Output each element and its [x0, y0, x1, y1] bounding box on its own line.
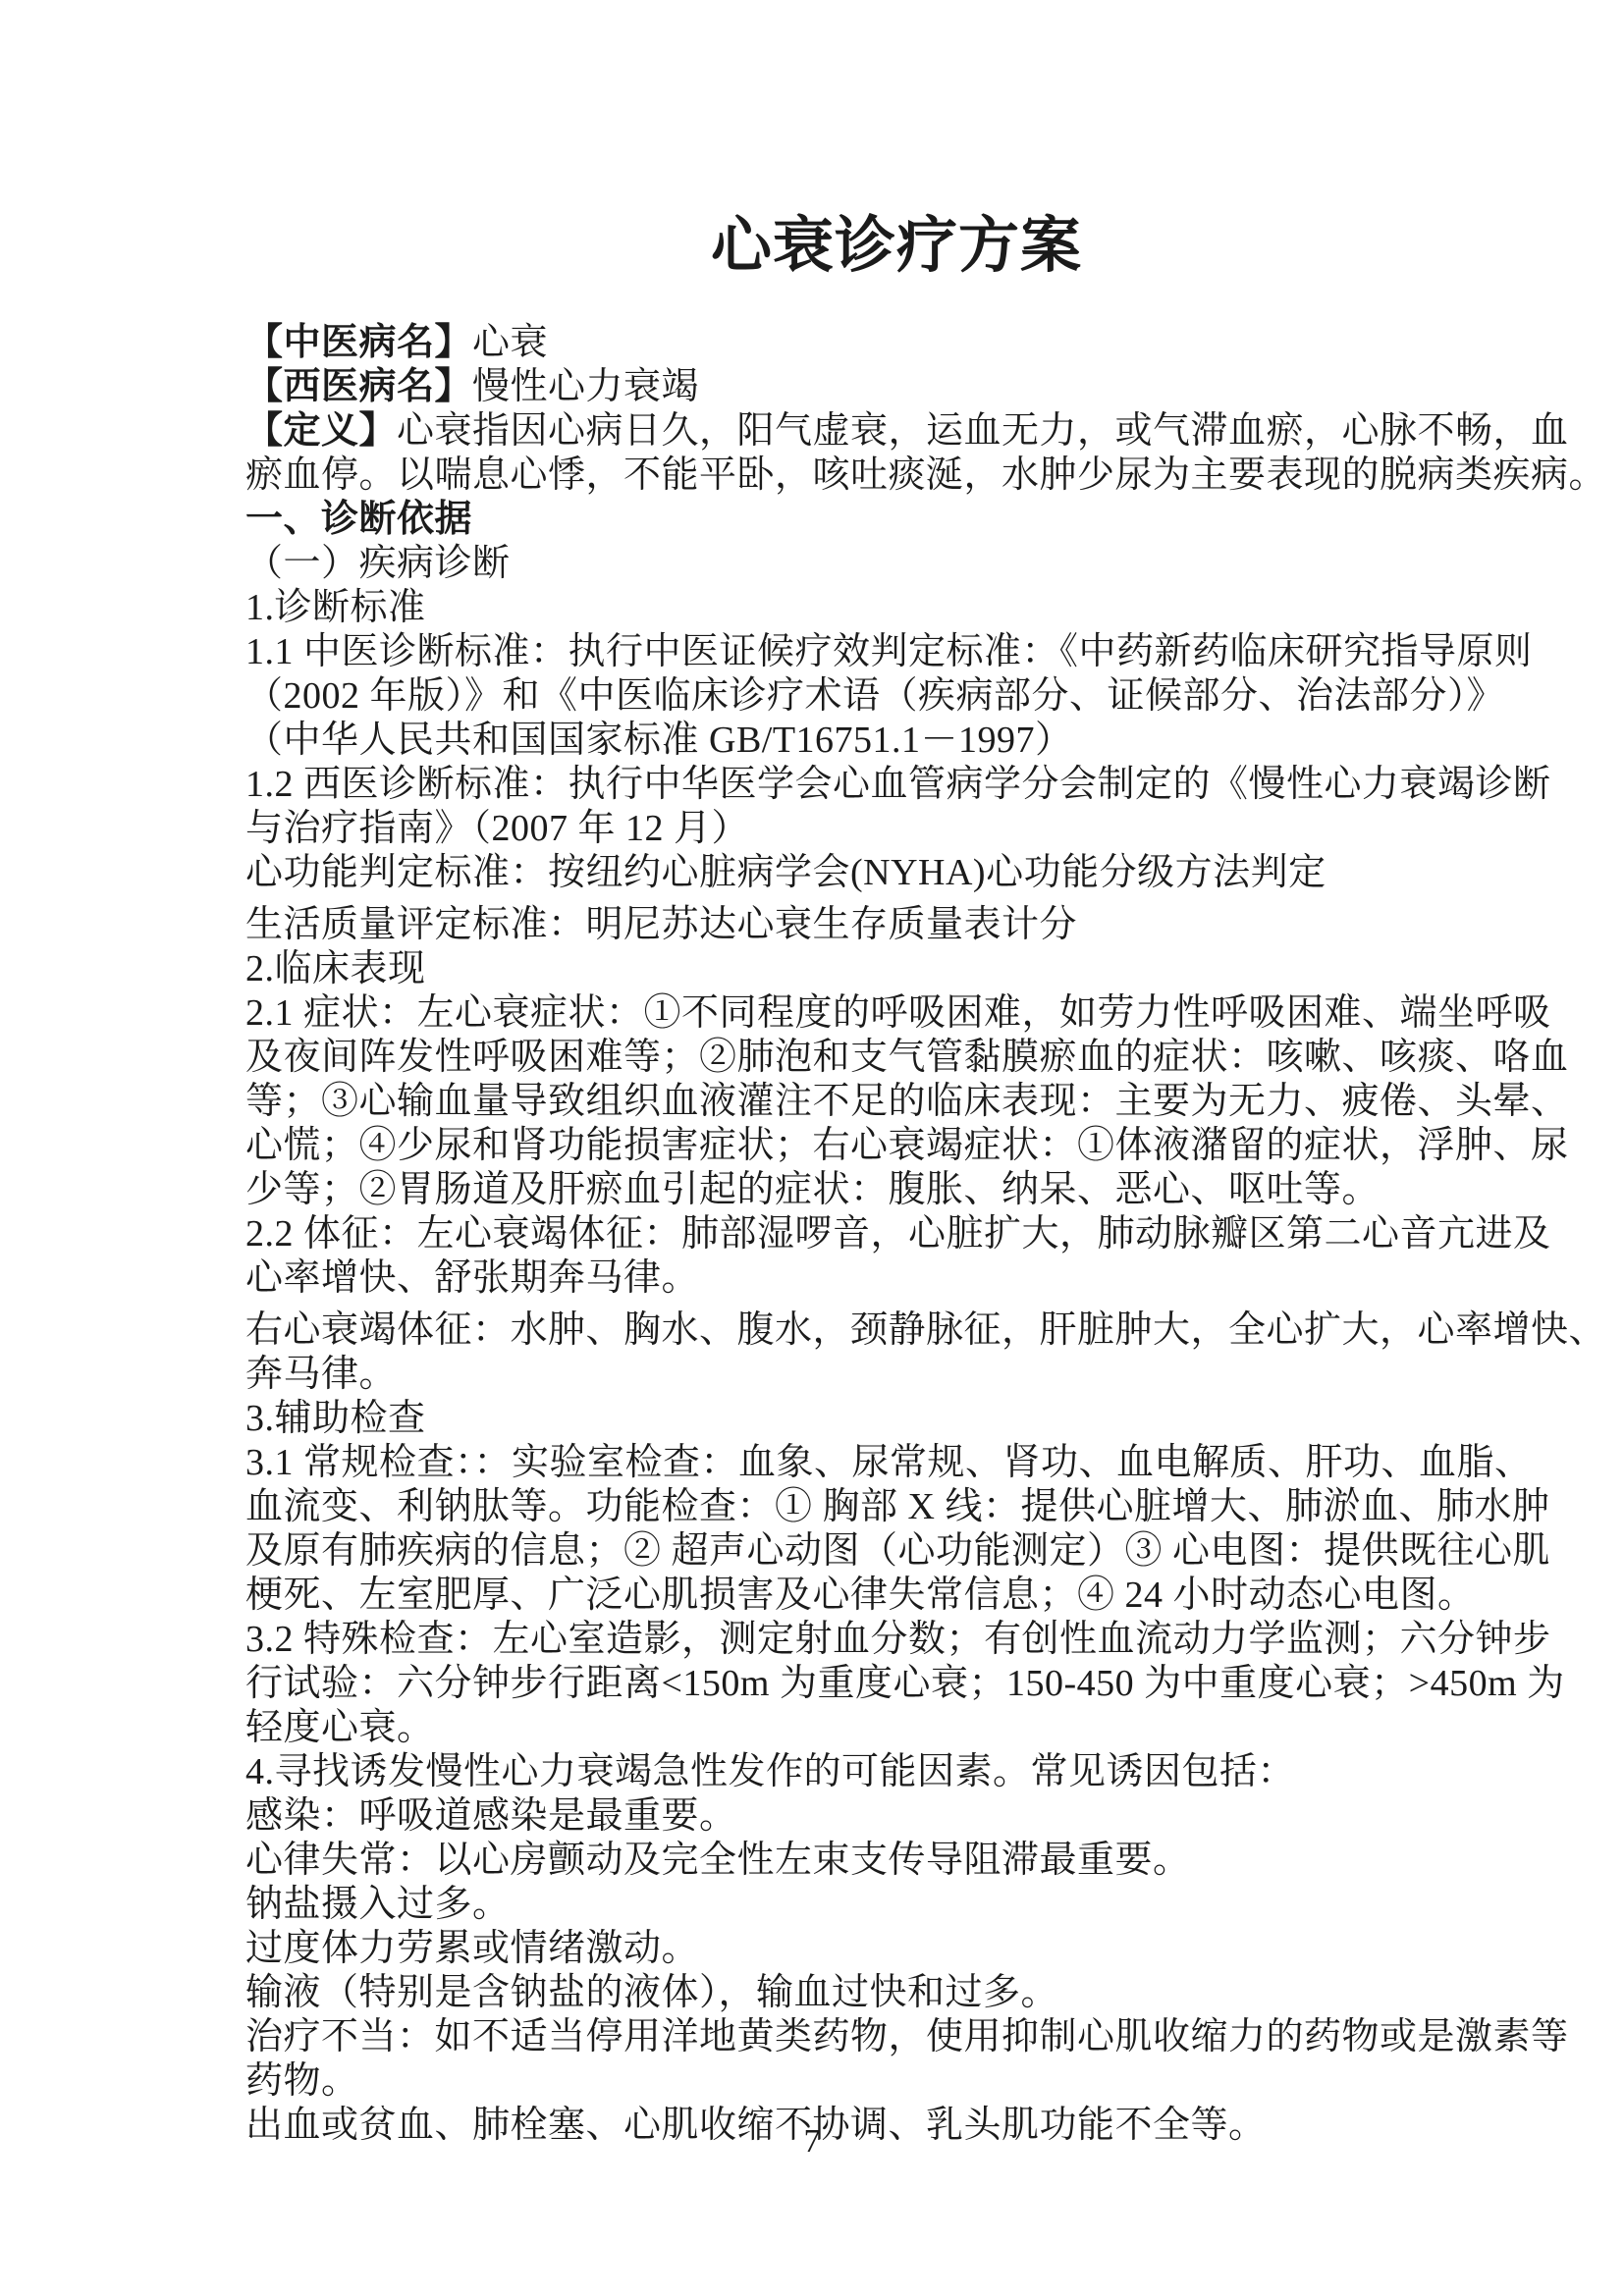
text-line: 等；③心输血量导致组织血液灌注不足的临床表现：主要为无力、疲倦、头晕、: [245, 1080, 1389, 1124]
line-text: 奔马律。: [245, 1354, 397, 1395]
text-line: 及原有肺疾病的信息；② 超声心动图（心功能测定）③ 心电图：提供既往心肌: [245, 1529, 1389, 1574]
line-text: 轻度心衰。: [245, 1707, 435, 1748]
line-text: 行试验：六分钟步行距离<150m 为重度心衰；150-450 为中重度心衰；>4…: [245, 1663, 1565, 1704]
text-line: 4.寻找诱发慢性心力衰竭急性发作的可能因素。常见诱因包括：: [245, 1750, 1389, 1794]
line-text: 1.诊断标准: [245, 587, 426, 628]
line-text: 过度体力劳累或情绪激动。: [245, 1928, 699, 1969]
text-line: 血流变、利钠肽等。功能检查：① 胸部 X 线：提供心脏增大、肺淤血、肺水肿: [245, 1485, 1389, 1529]
text-line: 一、诊断依据: [245, 498, 1389, 542]
line-text: 血流变、利钠肽等。功能检查：① 胸部 X 线：提供心脏增大、肺淤血、肺水肿: [245, 1486, 1549, 1527]
line-text: 输液（特别是含钠盐的液体），输血过快和过多。: [245, 1972, 1058, 2013]
line-text: 钠盐摄入过多。: [245, 1884, 511, 1925]
field-label: 【定义】: [245, 410, 397, 452]
text-line: 瘀血停。以喘息心悸，不能平卧，咳吐痰涎，水肿少尿为主要表现的脱病类疾病。: [245, 454, 1389, 498]
line-text: 梗死、左室肥厚、广泛心肌损害及心律失常信息；④ 24 小时动态心电图。: [245, 1575, 1476, 1616]
line-text: 1.2 西医诊断标准：执行中华医学会心血管病学分会制定的《慢性心力衰竭诊断: [245, 764, 1551, 805]
line-text: 治疗不当：如不适当停用洋地黄类药物，使用抑制心肌收缩力的药物或是激素等: [245, 2016, 1569, 2057]
document-page: 心衰诊疗方案 【中医病名】心衰【西医病名】慢性心力衰竭【定义】心衰指因心病日久，…: [0, 0, 1624, 2296]
line-text: 3.辅助检查: [245, 1398, 426, 1439]
text-line: （一）疾病诊断: [245, 542, 1389, 586]
line-text: 慢性心力衰竭: [472, 366, 699, 407]
line-text: 一、诊断依据: [245, 499, 472, 540]
line-text: 右心衰竭体征：水肿、胸水、腹水，颈静脉征，肝脏肿大，全心扩大，心率增快、: [245, 1309, 1606, 1351]
line-text: 4.寻找诱发慢性心力衰竭急性发作的可能因素。常见诱因包括：: [245, 1751, 1295, 1792]
document-title: 心衰诊疗方案: [84, 196, 1624, 284]
line-text: 心慌；④少尿和肾功能损害症状；右心衰竭症状：①体液潴留的症状，浮肿、尿: [245, 1125, 1569, 1166]
text-line: 2.临床表现: [245, 947, 1389, 991]
line-text: 心衰: [472, 322, 548, 363]
line-text: （中华人民共和国国家标准 GB/T16751.1－1997）: [245, 720, 1073, 761]
line-text: 及夜间阵发性呼吸困难等；②肺泡和支气管黏膜瘀血的症状：咳嗽、咳痰、咯血: [245, 1037, 1569, 1078]
text-line: 心慌；④少尿和肾功能损害症状；右心衰竭症状：①体液潴留的症状，浮肿、尿: [245, 1124, 1389, 1168]
text-line: 与治疗指南》（2007 年 12 月）: [245, 807, 1389, 851]
text-line: 少等；②胃肠道及肝瘀血引起的症状：腹胀、纳呆、恶心、呕吐等。: [245, 1168, 1389, 1212]
text-line: 及夜间阵发性呼吸困难等；②肺泡和支气管黏膜瘀血的症状：咳嗽、咳痰、咯血: [245, 1036, 1389, 1080]
text-line: 奔马律。: [245, 1353, 1389, 1397]
line-text: 心律失常：以心房颤动及完全性左束支传导阻滞最重要。: [245, 1840, 1191, 1881]
line-text: 3.1 常规检查：：实验室检查：血象、尿常规、肾功、血电解质、肝功、血脂、: [245, 1442, 1533, 1483]
text-line: 治疗不当：如不适当停用洋地黄类药物，使用抑制心肌收缩力的药物或是激素等: [245, 2015, 1389, 2059]
line-text: 3.2 特殊检查：左心室造影，测定射血分数；有创性血流动力学监测；六分钟步: [245, 1619, 1551, 1660]
text-line: 行试验：六分钟步行距离<150m 为重度心衰；150-450 为中重度心衰；>4…: [245, 1662, 1389, 1706]
text-line: 【中医病名】心衰: [245, 321, 1389, 365]
text-line: 轻度心衰。: [245, 1706, 1389, 1750]
text-line: 生活质量评定标准：明尼苏达心衰生存质量表计分: [245, 903, 1389, 947]
line-text: 2.1 症状：左心衰症状：①不同程度的呼吸困难，如劳力性呼吸困难、端坐呼吸: [245, 992, 1551, 1034]
text-line: 2.1 症状：左心衰症状：①不同程度的呼吸困难，如劳力性呼吸困难、端坐呼吸: [245, 991, 1389, 1036]
line-text: 1.1 中医诊断标准：执行中医证候疗效判定标准：《中药新药临床研究指导原则: [245, 631, 1533, 672]
text-line: 1.1 中医诊断标准：执行中医证候疗效判定标准：《中药新药临床研究指导原则: [245, 630, 1389, 674]
line-text: 生活质量评定标准：明尼苏达心衰生存质量表计分: [245, 904, 1077, 945]
line-text: 感染：呼吸道感染是最重要。: [245, 1795, 737, 1837]
line-text: 心衰指因心病日久，阳气虚衰，运血无力，或气滞血瘀，心脉不畅，血: [397, 410, 1569, 452]
text-line: 心率增快、舒张期奔马律。: [245, 1256, 1389, 1301]
line-text: （一）疾病诊断: [245, 543, 511, 584]
line-text: （2002 年版）》和《中医临床诊疗术语（疾病部分、证候部分、治法部分）》: [245, 675, 1504, 717]
text-line: 感染：呼吸道感染是最重要。: [245, 1794, 1389, 1839]
text-line: 心功能判定标准：按纽约心脏病学会(NYHA)心功能分级方法判定: [245, 851, 1389, 895]
line-text: 2.临床表现: [245, 948, 426, 989]
text-line: 右心衰竭体征：水肿、胸水、腹水，颈静脉征，肝脏肿大，全心扩大，心率增快、: [245, 1308, 1389, 1353]
line-text: 及原有肺疾病的信息；② 超声心动图（心功能测定）③ 心电图：提供既往心肌: [245, 1530, 1550, 1572]
line-text: 等；③心输血量导致组织血液灌注不足的临床表现：主要为无力、疲倦、头晕、: [245, 1081, 1569, 1122]
line-text: 心率增快、舒张期奔马律。: [245, 1257, 699, 1299]
text-line: 【定义】心衰指因心病日久，阳气虚衰，运血无力，或气滞血瘀，心脉不畅，血: [245, 409, 1389, 454]
line-text: 药物。: [245, 2060, 359, 2102]
text-line: 1.2 西医诊断标准：执行中华医学会心血管病学分会制定的《慢性心力衰竭诊断: [245, 763, 1389, 807]
text-line: 3.2 特殊检查：左心室造影，测定射血分数；有创性血流动力学监测；六分钟步: [245, 1618, 1389, 1662]
field-label: 【中医病名】: [245, 322, 472, 363]
text-line: （2002 年版）》和《中医临床诊疗术语（疾病部分、证候部分、治法部分）》: [245, 674, 1389, 719]
text-line: 钠盐摄入过多。: [245, 1883, 1389, 1927]
line-text: 2.2 体征：左心衰竭体征：肺部湿啰音，心脏扩大，肺动脉瓣区第二心音亢进及: [245, 1213, 1551, 1255]
text-line: （中华人民共和国国家标准 GB/T16751.1－1997）: [245, 719, 1389, 763]
text-line: 过度体力劳累或情绪激动。: [245, 1927, 1389, 1971]
text-line: 心律失常：以心房颤动及完全性左束支传导阻滞最重要。: [245, 1839, 1389, 1883]
text-line: 3.辅助检查: [245, 1397, 1389, 1441]
line-text: 与治疗指南》（2007 年 12 月）: [245, 808, 749, 849]
text-line: 输液（特别是含钠盐的液体），输血过快和过多。: [245, 1971, 1389, 2015]
text-line: 【西医病名】慢性心力衰竭: [245, 365, 1389, 409]
field-label: 【西医病名】: [245, 366, 472, 407]
text-line: 药物。: [245, 2059, 1389, 2104]
text-line: 梗死、左室肥厚、广泛心肌损害及心律失常信息；④ 24 小时动态心电图。: [245, 1574, 1389, 1618]
text-line: 2.2 体征：左心衰竭体征：肺部湿啰音，心脏扩大，肺动脉瓣区第二心音亢进及: [245, 1212, 1389, 1256]
text-line: 1.诊断标准: [245, 586, 1389, 630]
document-body: 【中医病名】心衰【西医病名】慢性心力衰竭【定义】心衰指因心病日久，阳气虚衰，运血…: [245, 321, 1389, 2148]
line-text: 少等；②胃肠道及肝瘀血引起的症状：腹胀、纳呆、恶心、呕吐等。: [245, 1169, 1380, 1210]
page-number: 7: [0, 2123, 1624, 2161]
line-text: 心功能判定标准：按纽约心脏病学会(NYHA)心功能分级方法判定: [245, 852, 1326, 893]
line-text: 瘀血停。以喘息心悸，不能平卧，咳吐痰涎，水肿少尿为主要表现的脱病类疾病。: [245, 454, 1606, 496]
text-line: 3.1 常规检查：：实验室检查：血象、尿常规、肾功、血电解质、肝功、血脂、: [245, 1441, 1389, 1485]
